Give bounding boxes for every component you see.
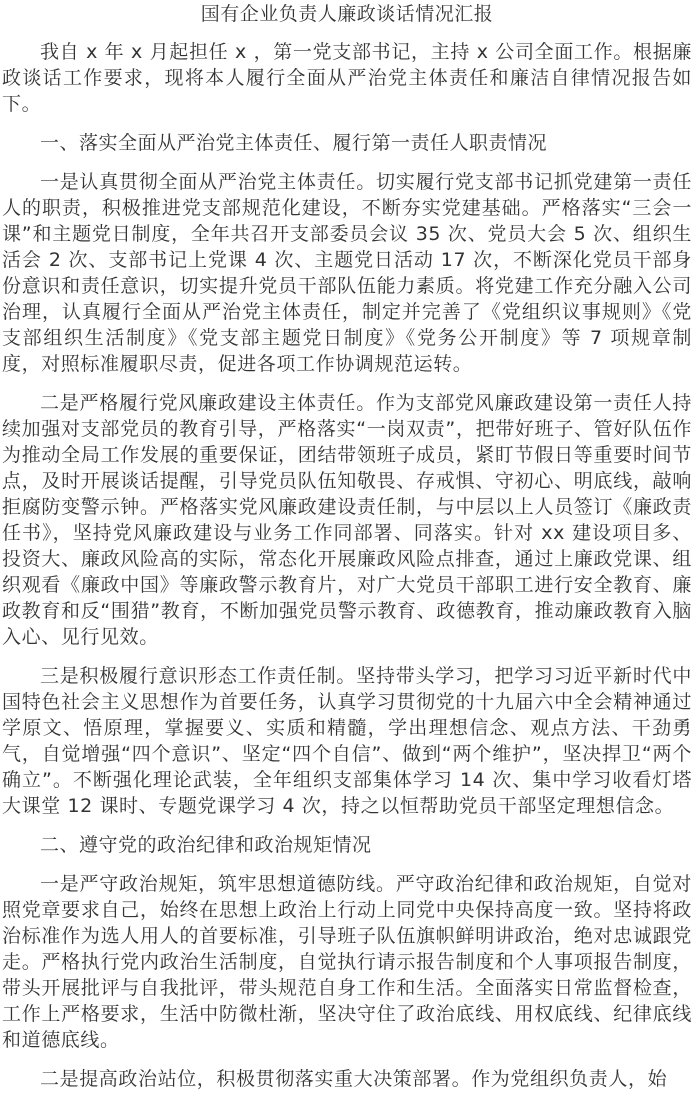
- spacer: [2, 156, 692, 169]
- document: 国有企业负责人廉政谈话情况汇报 我自 x 年 x 月起担任 x ，第一党支部书记…: [0, 1, 693, 1092]
- section-1-paragraph-3: 三是积极履行意识形态工作责任制。坚持带头学习，把学习习近平新时代中国特色社会主义…: [2, 663, 692, 819]
- spacer: [2, 117, 692, 130]
- spacer: [2, 858, 692, 871]
- intro-paragraph: 我自 x 年 x 月起担任 x ，第一党支部书记，主持 x 公司全面工作。根据廉…: [2, 39, 692, 117]
- spacer: [2, 650, 692, 663]
- section-heading-1: 一、落实全面从严治党主体责任、履行第一责任人职责情况: [2, 130, 692, 156]
- document-title: 国有企业负责人廉政谈话情况汇报: [2, 1, 692, 27]
- spacer: [2, 377, 692, 390]
- section-1-paragraph-2: 二是严格履行党风廉政建设主体责任。作为支部党风廉政建设第一责任人持续加强对支部党…: [2, 390, 692, 650]
- section-heading-2: 二、遵守党的政治纪律和政治规矩情况: [2, 832, 692, 858]
- spacer: [2, 1053, 692, 1066]
- spacer: [2, 819, 692, 832]
- section-2-paragraph-1: 一是严守政治规矩，筑牢思想道德防线。严守政治纪律和政治规矩，自觉对照党章要求自己…: [2, 871, 692, 1053]
- section-1-paragraph-1: 一是认真贯彻全面从严治党主体责任。切实履行党支部书记抓党建第一责任人的职责，积极…: [2, 169, 692, 377]
- section-2-paragraph-2: 二是提高政治站位，积极贯彻落实重大决策部署。作为党组织负责人，始: [2, 1066, 692, 1092]
- spacer: [2, 27, 692, 39]
